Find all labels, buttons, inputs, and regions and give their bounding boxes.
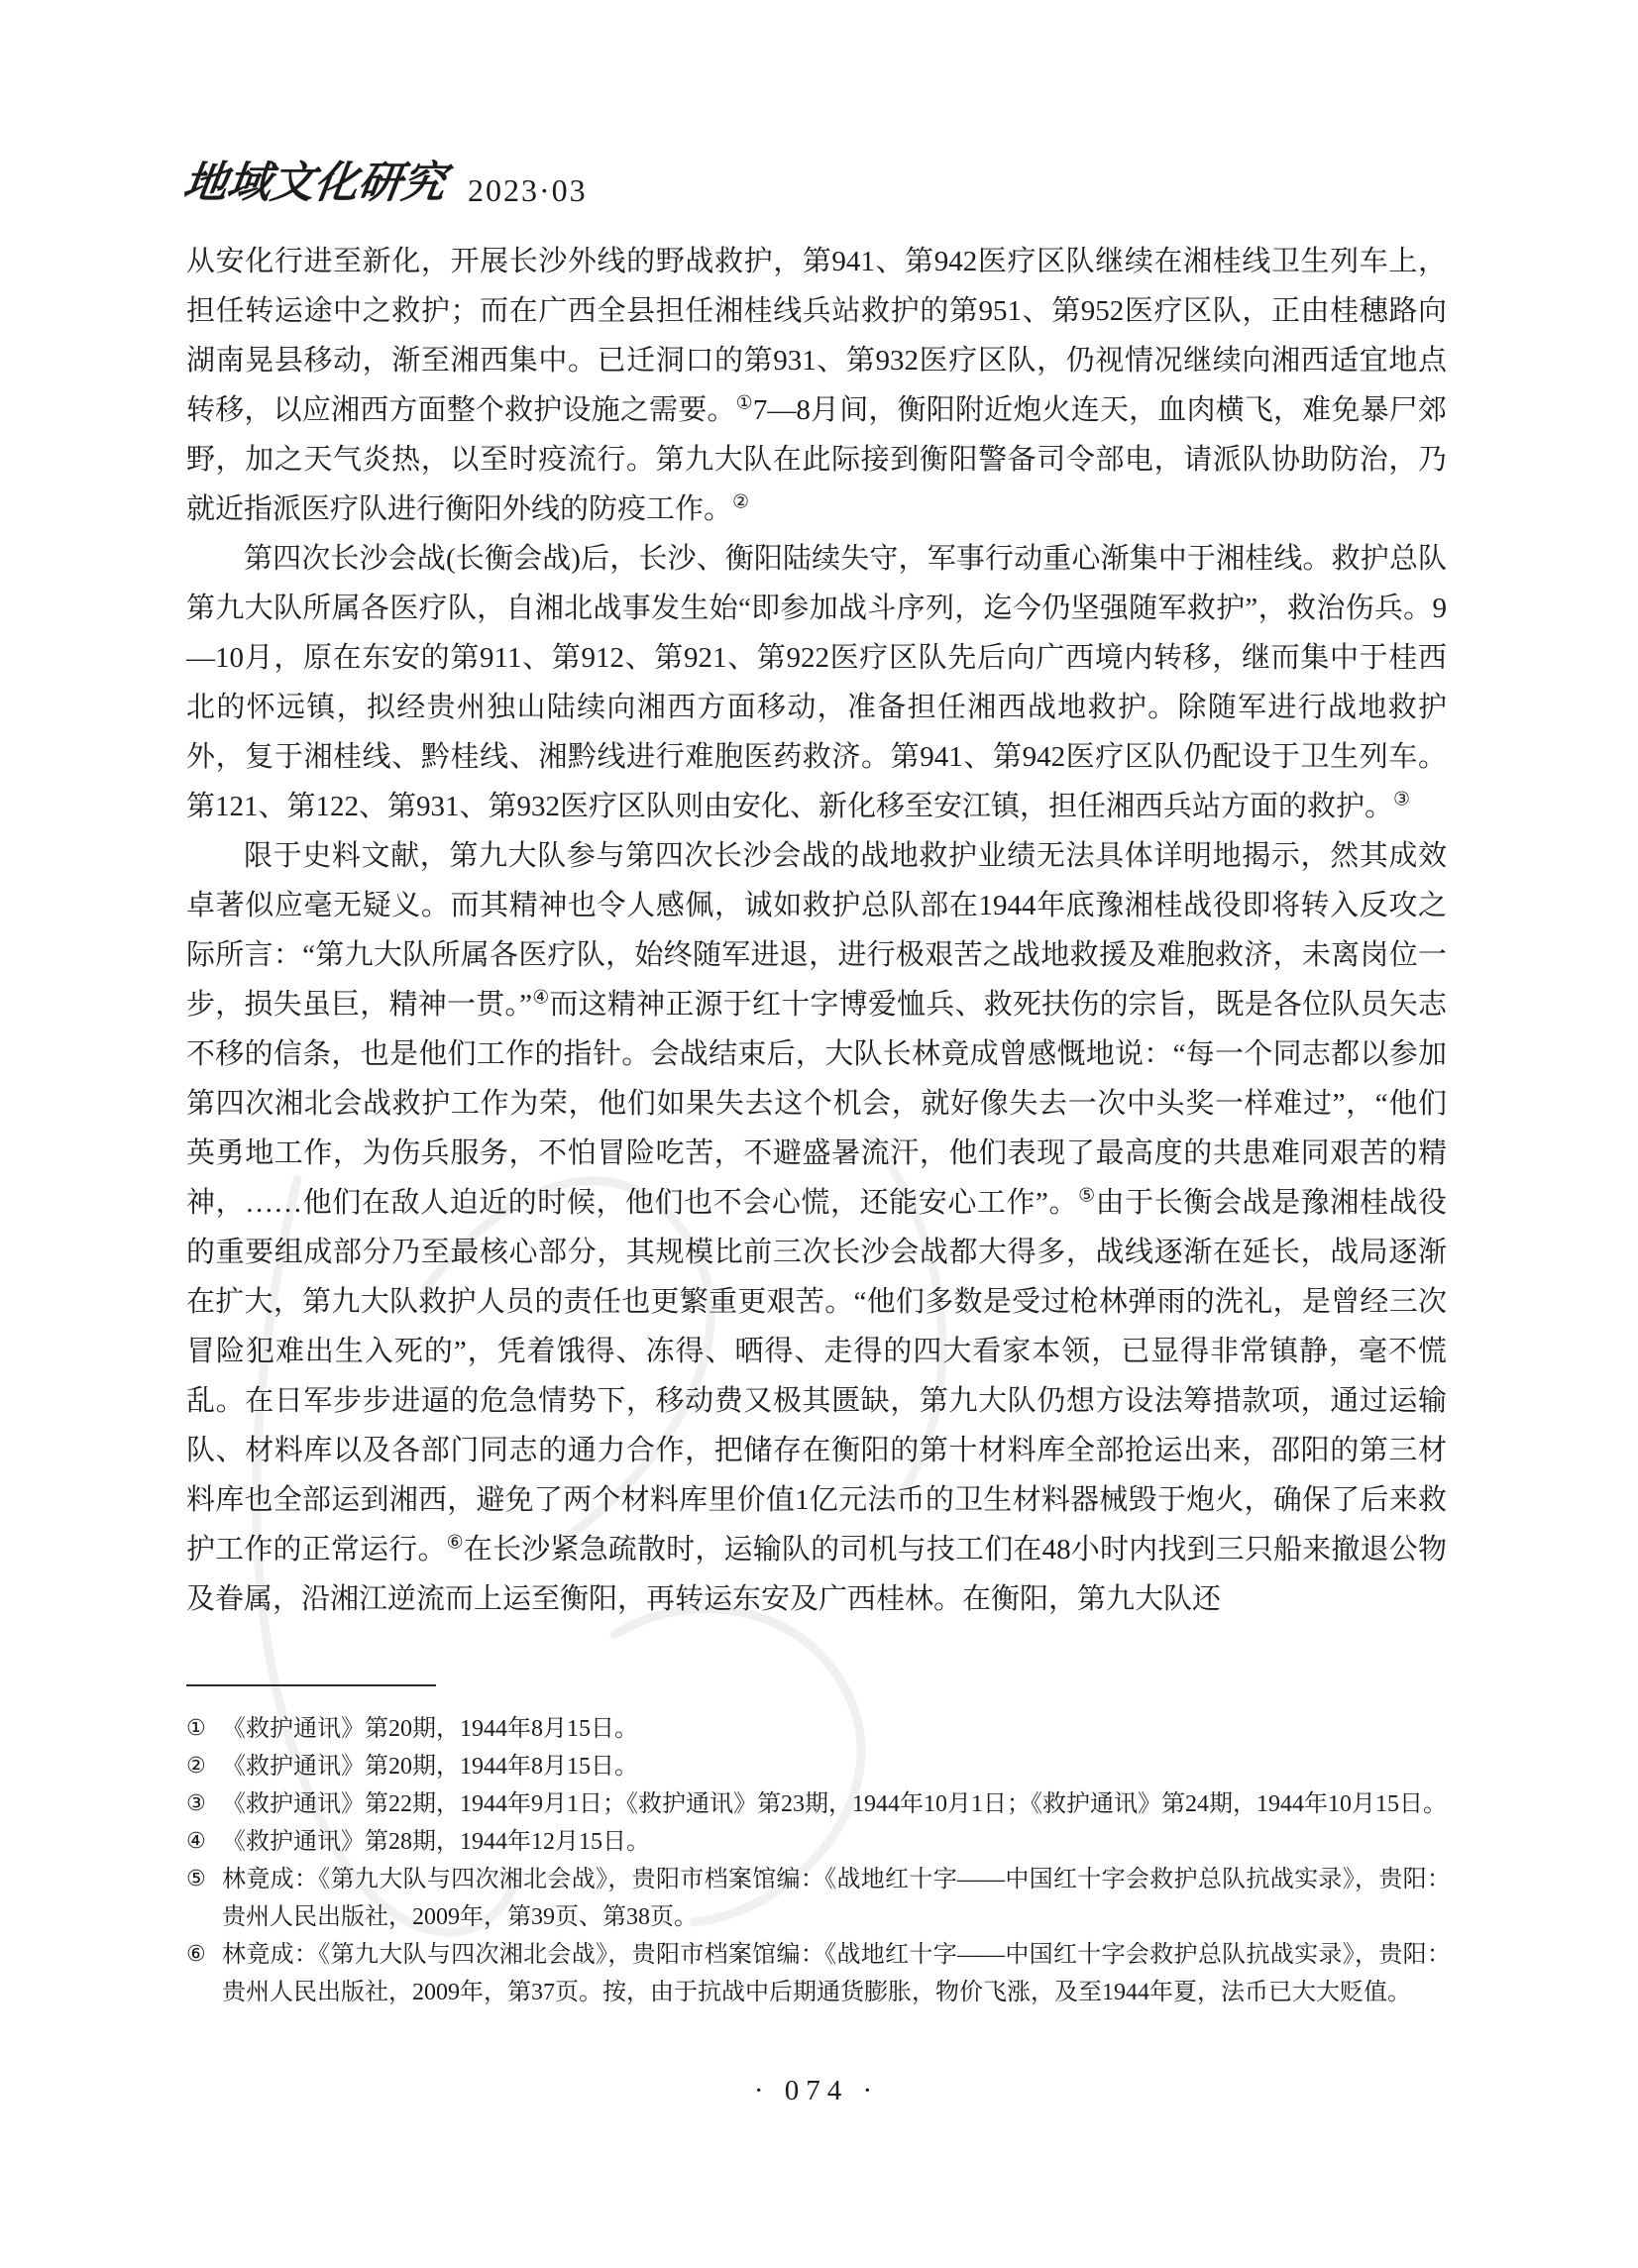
footnote-ref: ③ [1393, 788, 1410, 810]
footnote-marker: ② [186, 1748, 222, 1785]
page: 地域文化研究 2023·03 从安化行进至新化，开展长沙外线的野战救护，第941… [0, 0, 1638, 2268]
footnote-item: ②《救护通讯》第20期，1944年8月15日。 [186, 1748, 1451, 1785]
page-number: · 074 · [186, 2075, 1447, 2107]
footnote-text: 《救护通讯》第20期，1944年8月15日。 [222, 1748, 1451, 1785]
footnote-ref: ⑥ [447, 1531, 464, 1553]
footnote-marker: ③ [186, 1785, 222, 1823]
paragraph: 从安化行进至新化，开展长沙外线的野战救护，第941、第942医疗区队继续在湘桂线… [186, 237, 1447, 534]
footnote-text: 林竟成：《第九大队与四次湘北会战》，贵阳市档案馆编：《战地红十字——中国红十字会… [222, 1861, 1451, 1936]
paragraph: 第四次长沙会战(长衡会战)后，长沙、衡阳陆续失守，军事行动重心渐集中于湘桂线。救… [186, 534, 1447, 831]
footnote-ref: ④ [532, 986, 549, 1008]
footnote-marker: ⑥ [186, 1936, 222, 1974]
footnote-marker: ① [186, 1710, 222, 1748]
footnote-ref: ② [732, 490, 749, 512]
footnote-item: ⑤林竟成：《第九大队与四次湘北会战》，贵阳市档案馆编：《战地红十字——中国红十字… [186, 1861, 1451, 1936]
footnote-list: ①《救护通讯》第20期，1944年8月15日。②《救护通讯》第20期，1944年… [186, 1710, 1451, 2011]
footnote-marker: ④ [186, 1823, 222, 1861]
footnote-item: ⑥林竟成：《第九大队与四次湘北会战》，贵阳市档案馆编：《战地红十字——中国红十字… [186, 1936, 1451, 2011]
footnote-marker: ⑤ [186, 1861, 222, 1898]
issue-label: 2023·03 [468, 172, 588, 210]
footnote-item: ③《救护通讯》第22期，1944年9月1日；《救护通讯》第23期，1944年10… [186, 1785, 1451, 1823]
footnote-text: 《救护通讯》第22期，1944年9月1日；《救护通讯》第23期，1944年10月… [222, 1785, 1451, 1823]
footnote-ref: ① [736, 391, 753, 413]
article-body: 从安化行进至新化，开展长沙外线的野战救护，第941、第942医疗区队继续在湘桂线… [186, 237, 1447, 1624]
journal-header: 地域文化研究 2023·03 [184, 147, 588, 210]
paragraph: 限于史料文献，第九大队参与第四次长沙会战的战地救护业绩无法具体详明地揭示，然其成… [186, 831, 1447, 1624]
footnote-separator [186, 1684, 436, 1686]
footnote-item: ①《救护通讯》第20期，1944年8月15日。 [186, 1710, 1451, 1748]
journal-logo: 地域文化研究 [180, 147, 451, 210]
footnote-ref: ⑤ [1078, 1184, 1096, 1206]
footnote-text: 林竟成：《第九大队与四次湘北会战》，贵阳市档案馆编：《战地红十字——中国红十字会… [222, 1936, 1451, 2011]
footnote-text: 《救护通讯》第28期，1944年12月15日。 [222, 1823, 1451, 1861]
footnote-text: 《救护通讯》第20期，1944年8月15日。 [222, 1710, 1451, 1748]
footnote-item: ④《救护通讯》第28期，1944年12月15日。 [186, 1823, 1451, 1861]
